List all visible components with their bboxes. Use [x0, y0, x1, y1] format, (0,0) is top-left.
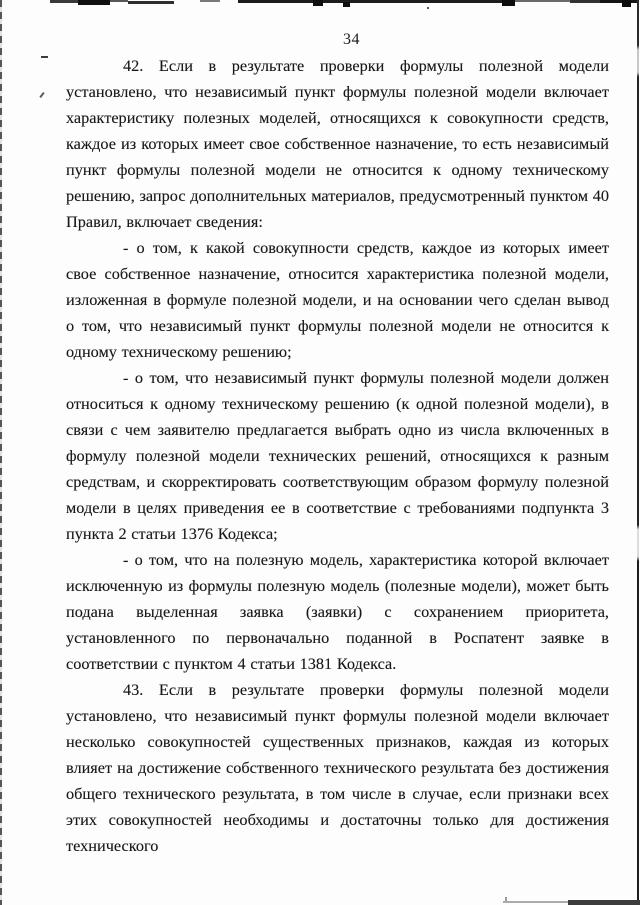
margin-stray-mark: [41, 56, 48, 58]
scan-bottom-edge-line-light: [503, 901, 570, 903]
margin-stray-mark: [39, 92, 44, 98]
scan-edge-segment: [313, 0, 323, 6]
scan-right-edge-line: [637, 0, 639, 905]
document-text-block: 42. Если в результате проверки формулы п…: [66, 53, 609, 859]
scan-bottom-edge-line-dark: [568, 900, 640, 905]
scan-edge-segment: [427, 7, 429, 9]
scan-bottom-edge-tick: [505, 897, 507, 901]
scanned-document-page: 34 42. Если в результате проверки формул…: [0, 0, 640, 905]
scan-left-edge-line: [0, 0, 2, 905]
list-item-single-solution: - о том, что независимый пункт формулы п…: [66, 365, 609, 547]
list-item-totality: - о том, к какой совокупности средств, к…: [66, 235, 609, 365]
scan-edge-segment: [622, 0, 631, 7]
scan-edge-segment: [600, 0, 638, 3]
scan-edge-segment: [502, 0, 515, 6]
list-item-divisional-application: - о том, что на полезную модель, характе…: [66, 547, 609, 677]
scan-edge-segment: [128, 1, 174, 4]
scan-edge-segment: [343, 2, 350, 7]
paragraph-43: 43. Если в результате проверки формулы п…: [66, 677, 609, 859]
paragraph-42: 42. Если в результате проверки формулы п…: [66, 53, 609, 235]
scan-edge-segment: [110, 0, 128, 2]
scan-edge-segment: [515, 0, 570, 2]
scan-edge-segment: [200, 0, 220, 2]
page-number: 34: [343, 31, 360, 49]
scan-edge-segment: [50, 0, 78, 3]
scan-edge-segment: [78, 0, 110, 5]
scan-edge-segment: [323, 0, 505, 3]
